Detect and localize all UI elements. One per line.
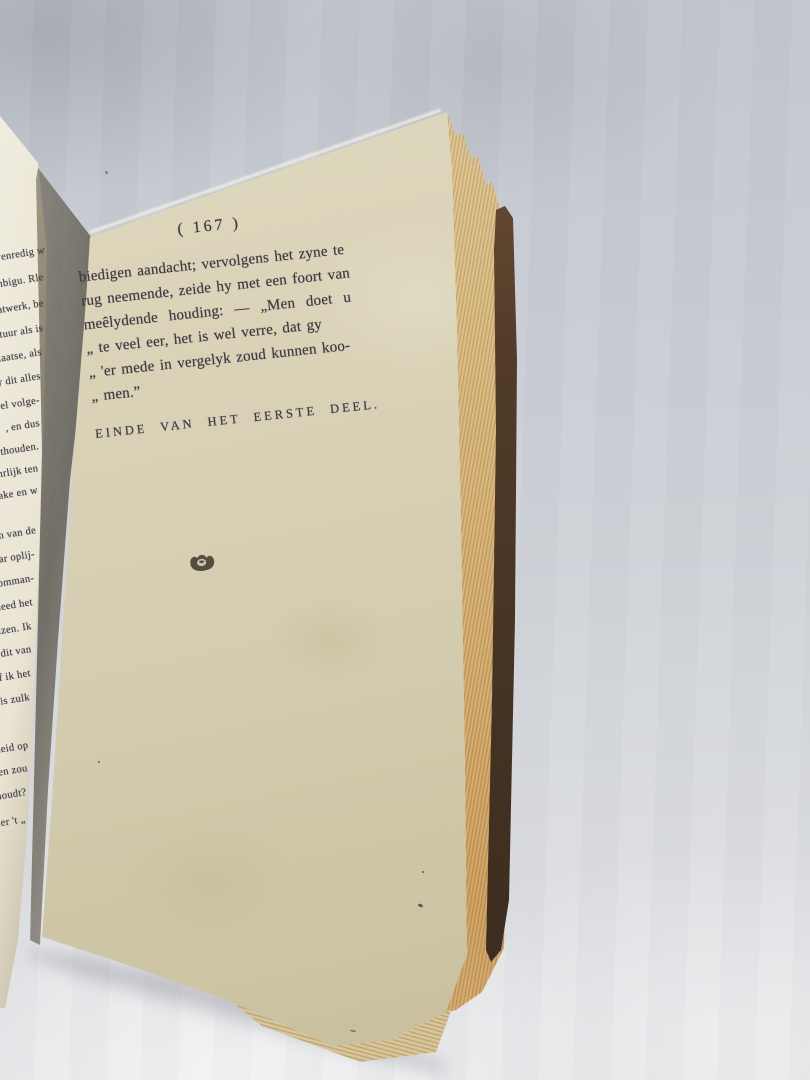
left-page-fragment: deed het (0, 597, 34, 614)
left-page-fragment: heid op (0, 740, 29, 756)
left-page-fragment: houdt? (0, 787, 27, 803)
printer-fleuron-ornament-icon (186, 545, 219, 575)
left-page-fragment: el volge- (0, 395, 41, 412)
left-page-fragment: ake en w (0, 485, 39, 502)
left-page-fragment: m dit van (0, 644, 32, 661)
left-page-fragment: n van de (0, 525, 37, 542)
background-speck (105, 171, 108, 174)
left-page-fragment: atwerk, be (0, 298, 45, 316)
left-page-fragment: Comman- (0, 573, 35, 591)
left-page-fragment: ctuur als is (0, 323, 44, 342)
left-page-fragment: Het is zulk (0, 692, 31, 710)
left-page-fragment: har oplij- (0, 549, 36, 566)
left-page-fragment: en zou (0, 763, 28, 778)
left-page-fragment: hrlijk ten (0, 463, 39, 480)
paper-speck (98, 761, 100, 763)
left-page-fragment: mer 't „ (0, 814, 26, 830)
left-page-fragment: plaatse, als (0, 347, 43, 366)
left-page-fragment: thouden. (0, 441, 40, 458)
left-page-fragment: by dit alles (0, 371, 42, 390)
page-text-block: ( 167 ) biedigen aandacht; vervolgens he… (74, 200, 419, 583)
left-page-fragment: nhuizen. Ik (0, 621, 33, 640)
left-page-fragment: , en dus (5, 418, 41, 434)
left-page-fragment: gaf ik het (0, 668, 32, 686)
paper-speck (422, 871, 424, 873)
